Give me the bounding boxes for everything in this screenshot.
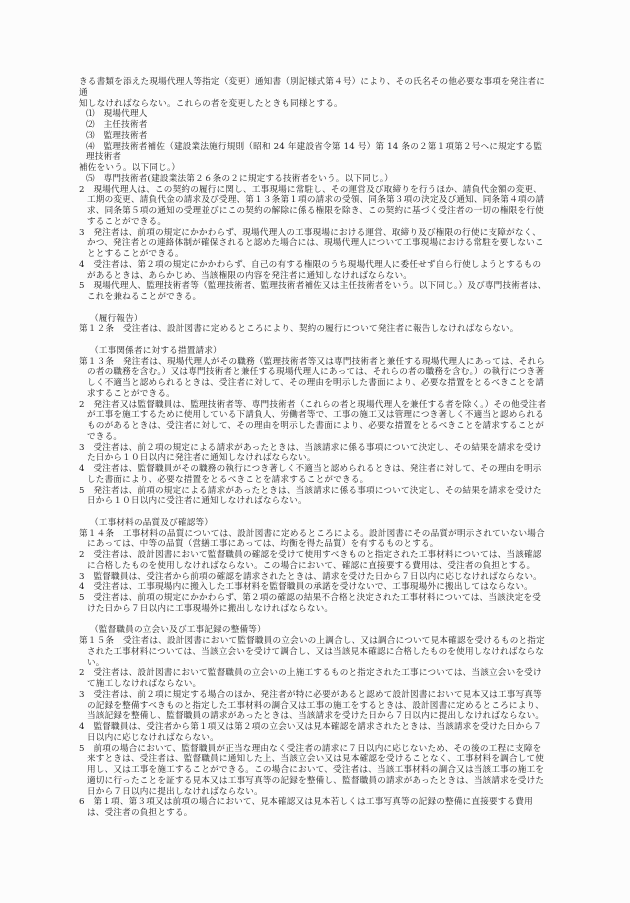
paragraph: 5 現場代理人、監理技術者等（監理技術者、監理技術者補佐又は主任技術者をいう。以… [79, 281, 547, 303]
paragraph: 2 受注者は、設計図書において監督職員の確認を受けて使用すべきものと指定された工… [79, 550, 547, 572]
paragraph: 4 監督職員は、受注者から第１項又は第２項の立会い又は見本確認を請求されたときは… [79, 722, 547, 744]
paragraph: 2 発注者又は監督職員は、監理技術者等、専門技術者（これらの者と現場代理人を兼任… [79, 400, 547, 443]
paragraph: 4 受注者は、第２項の規定にかかわらず、自己の有する権限のうち現場代理人に委任せ… [79, 260, 547, 282]
intro-line: きる書類を添えた現場代理人等指定（変更）通知書（別記様式第４号）により、その氏名… [79, 77, 547, 99]
paragraph: 3 監督職員は、受注者から前項の確認を請求されたときは、請求を受けた日から７日以… [79, 572, 547, 583]
contract-document-page: きる書類を添えた現場代理人等指定（変更）通知書（別記様式第４号）により、その氏名… [79, 77, 547, 819]
paragraph: 5 発注者は、前項の規定による請求があったときは、当該請求に係る事項について決定… [79, 486, 547, 508]
article-heading: （工事関係者に対する措置請求） [79, 346, 547, 357]
list-item-chief-engineer: ⑵ 主任技術者 [79, 120, 547, 131]
paragraph: 3 受注者は、前２項に規定する場合のほか、発注者が特に必要があると認めて設計図書… [79, 690, 547, 722]
article-15: 第１５条 受注者は、設計図書において監督職員の立会いの上調合し、又は調合について… [79, 636, 547, 668]
article-14: 第１４条 工事材料の品質については、設計図書に定めるところによる。設計図書にその… [79, 529, 547, 551]
paragraph: 5 受注者は、前項の規定にかかわらず、第２項の確認の結果不合格と決定された工事材… [79, 593, 547, 615]
paragraph: 2 現場代理人は、この契約の履行に関し、工事現場に常駐し、その運営及び取締りを行… [79, 185, 547, 228]
list-item-assistant-supervising-engineer: ⑷ 監理技術者補佐（建設業法施行規則（昭和 24 年建設省令第 14 号）第 1… [79, 142, 547, 164]
paragraph: 2 受注者は、設計図書において監督職員の立会いの上施工するものと指定された工事に… [79, 668, 547, 690]
list-item-specialist-engineer: ⑸ 専門技術者(建設業法第２６条の２に規定する技術者をいう。以下同じ。） [79, 174, 547, 185]
article-heading: （工事材料の品質及び確認等） [79, 518, 547, 529]
paragraph: 3 発注者は、前項の規定にかかわらず、現場代理人の工事現場における運営、取締り及… [79, 228, 547, 260]
list-item-continuation: 補佐をいう。以下同じ。） [79, 163, 547, 174]
paragraph: 6 第１項、第３項又は前項の場合において、見本確認又は見本若しくは工事写真等の記… [79, 797, 547, 819]
paragraph: 4 受注者は、工事現場内に搬入した工事材料を監督職員の承諾を受けないで、工事現場… [79, 582, 547, 593]
list-item-site-agent: ⑴ 現場代理人 [79, 109, 547, 120]
article-heading: （履行報告） [79, 314, 547, 325]
article-heading: （監督職員の立会い及び工事記録の整備等） [79, 625, 547, 636]
article-13: 第１３条 発注者は、現場代理人がその職務（監理技術者等又は専門技術者と兼任する現… [79, 357, 547, 400]
intro-line: 知しなければならない。これらの者を変更したときも同様とする。 [79, 99, 547, 110]
article-12: 第１２条 受注者は、設計図書に定めるところにより、契約の履行について発注者に報告… [79, 324, 547, 335]
paragraph: 4 受注者は、監督職員がその職務の執行につき著しく不適当と認められるときは、発注… [79, 464, 547, 486]
paragraph: 5 前項の場合において、監督職員が正当な理由なく受注者の請求に７日以内に応じない… [79, 744, 547, 798]
list-item-supervising-engineer: ⑶ 監理技術者 [79, 131, 547, 142]
paragraph: 3 受注者は、前２項の規定による請求があったときは、当該請求に係る事項について決… [79, 443, 547, 465]
